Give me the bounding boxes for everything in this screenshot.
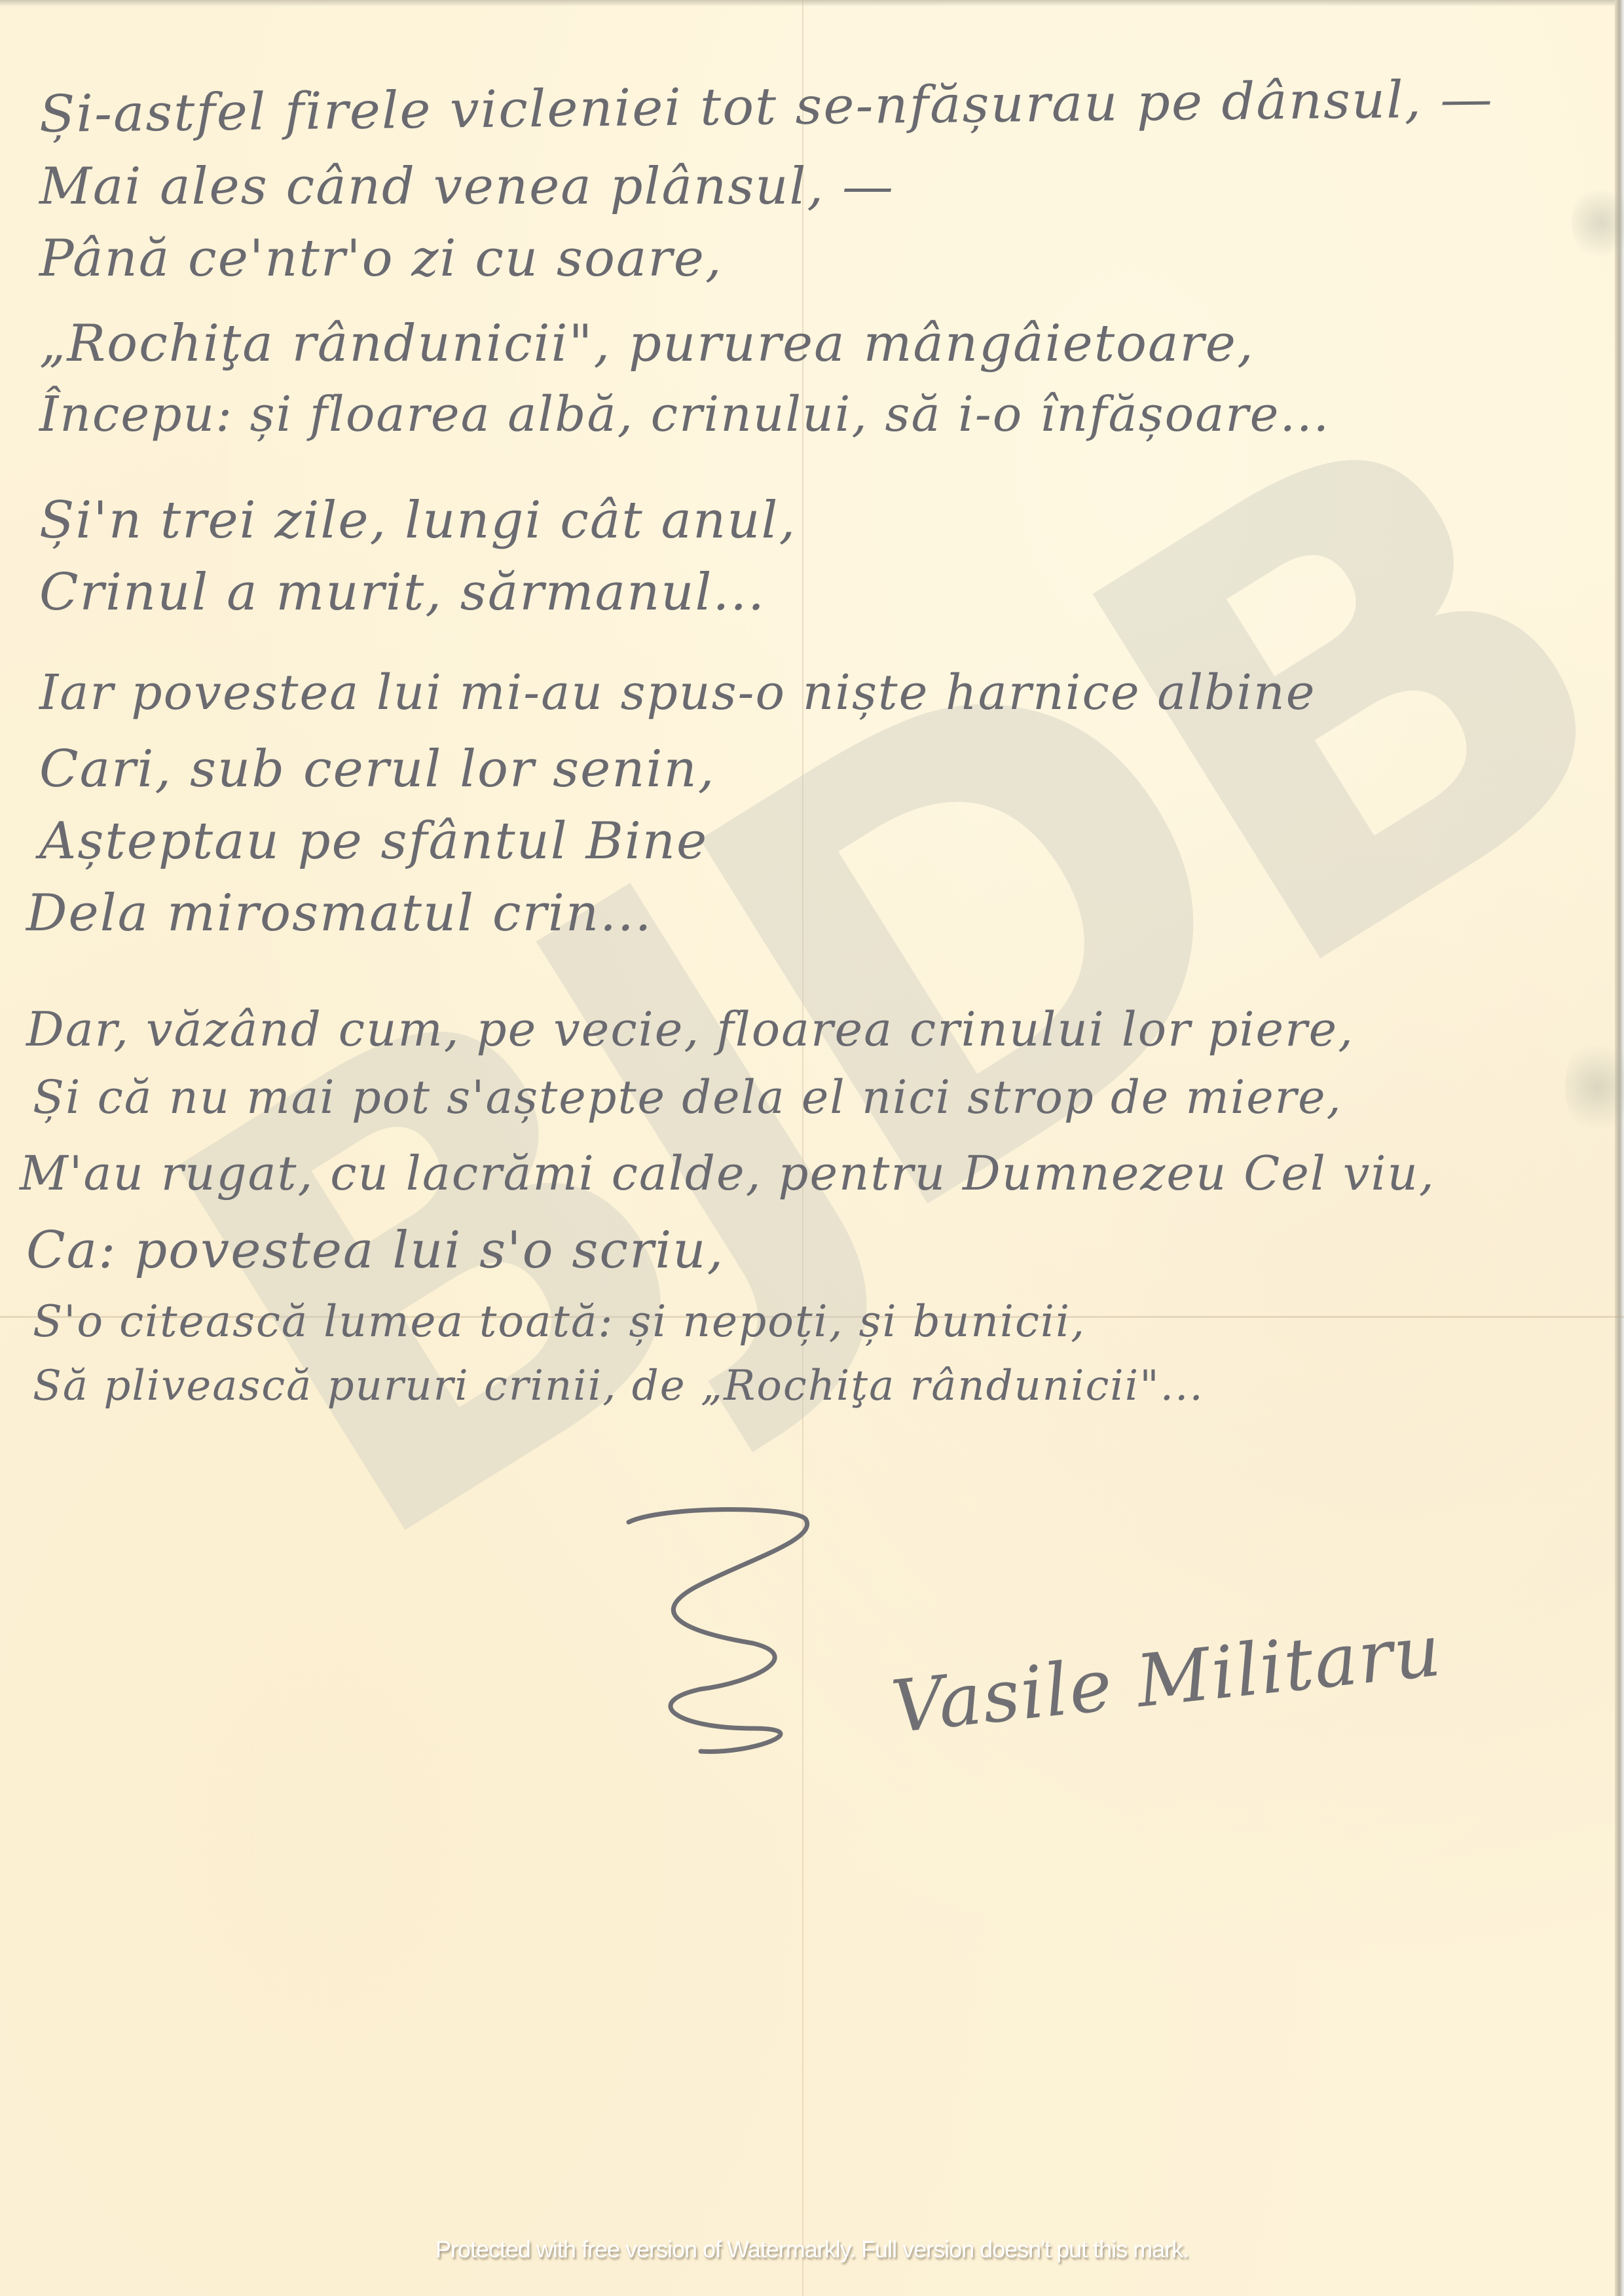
paper-top-edge — [0, 0, 1624, 7]
poem-line: Mai ales când venea plânsul, — — [39, 157, 895, 216]
signature-flourish-icon — [622, 1493, 871, 1755]
poem-line: Iar povestea lui mi-au spus-o niște harn… — [39, 665, 1316, 721]
poem-line: Să plivească pururi crinii, de „Rochiţa … — [33, 1362, 1204, 1410]
poem-line: „Rochiţa rândunicii", pururea mângâietoa… — [39, 314, 1255, 373]
poem-line: M'au rugat, cu lacrămi calde, pentru Dum… — [20, 1146, 1435, 1201]
poem-line: Și'n trei zile, lungi cât anul, — [39, 491, 796, 550]
poem-line: Cari, sub cerul lor senin, — [39, 740, 715, 799]
poem-line: Ca: povestea lui s'o scriu, — [26, 1221, 724, 1280]
poem-line: Până ce'ntr'o zi cu soare, — [39, 229, 723, 288]
poem-line: Dela mirosmatul crin... — [26, 884, 652, 943]
watermark-footer-notice: Protected with free version of Watermark… — [0, 2236, 1624, 2263]
poem-line: Dar, văzând cum, pe vecie, floarea crinu… — [26, 1002, 1354, 1057]
poem-line: Așteptau pe sfântul Bine — [39, 812, 708, 871]
paper-right-edge — [1615, 0, 1624, 2296]
poem-line: Crinul a murit, sărmanul... — [39, 563, 766, 622]
poem-line: Începu: și floarea albă, crinului, să i-… — [39, 386, 1330, 443]
paper-stain — [1572, 183, 1624, 262]
poem-line: Și că nu mai pot s'aștepte dela el nici … — [33, 1070, 1342, 1124]
paper-stain — [1565, 1034, 1624, 1139]
poem-line: S'o citească lumea toată: și nepoți, și … — [33, 1296, 1086, 1347]
